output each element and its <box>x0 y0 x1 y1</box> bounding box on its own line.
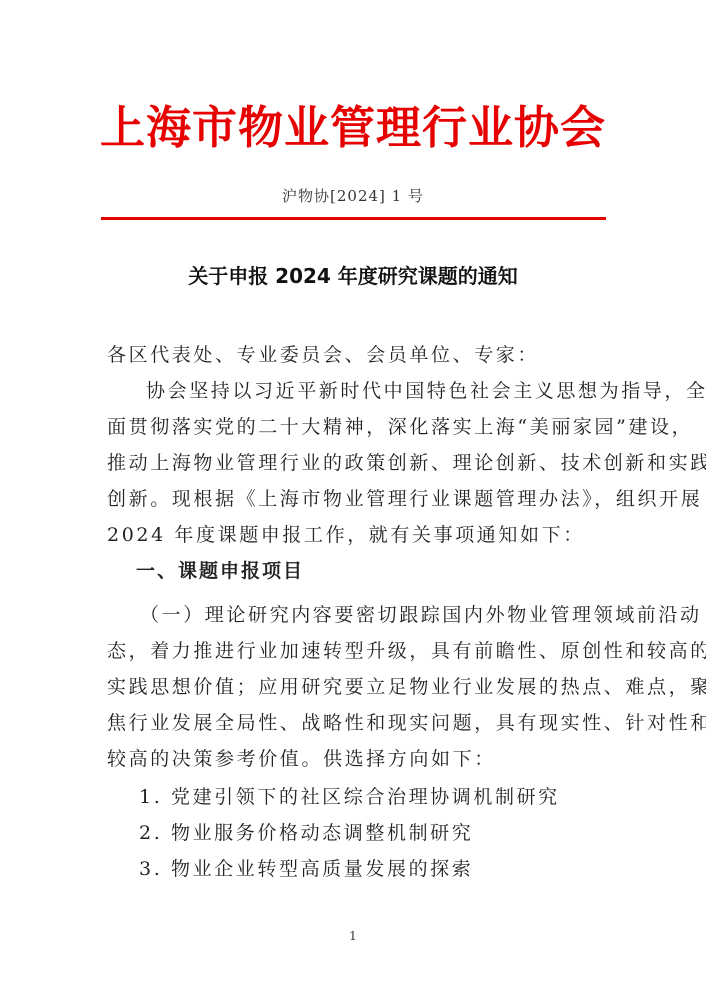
page-number: 1 <box>0 928 706 944</box>
organization-title: 上海市物业管理行业协会 <box>0 98 706 158</box>
red-divider <box>101 217 606 220</box>
section-heading: 一、课题申报项目 <box>136 559 304 583</box>
paragraph-line: 创新。现根据《上海市物业管理行业课题管理办法》，组织开展 <box>107 487 702 511</box>
list-item: 3. 物业企业转型高质量发展的探索 <box>139 857 473 881</box>
paragraph-line: 2024 年度课题申报工作，就有关事项通知如下： <box>107 523 585 547</box>
salutation: 各区代表处、专业委员会、会员单位、专家： <box>107 343 539 367</box>
list-item: 1. 党建引领下的社区综合治理协调机制研究 <box>139 785 560 809</box>
paragraph-line: 实践思想价值；应用研究要立足物业行业发展的热点、难点，聚 <box>107 675 706 699</box>
paragraph-line: 推动上海物业管理行业的政策创新、理论创新、技术创新和实践 <box>107 451 706 475</box>
paragraph-line: （一）理论研究内容要密切跟踪国内外物业管理领域前沿动 <box>140 603 702 627</box>
paragraph-line: 焦行业发展全局性、战略性和现实问题，具有现实性、针对性和 <box>107 711 706 735</box>
document-number: 沪物协[2024] 1 号 <box>0 186 706 206</box>
notice-title: 关于申报 2024 年度研究课题的通知 <box>0 262 706 290</box>
list-item: 2. 物业服务价格动态调整机制研究 <box>139 821 473 845</box>
paragraph-line: 较高的决策参考价值。供选择方向如下： <box>107 747 496 771</box>
paragraph-line: 面贯彻落实党的二十大精神，深化落实上海“美丽家园”建设， <box>107 415 693 439</box>
paragraph-line: 协会坚持以习近平新时代中国特色社会主义思想为指导，全 <box>146 379 706 403</box>
paragraph-line: 态，着力推进行业加速转型升级，具有前瞻性、原创性和较高的 <box>107 639 706 663</box>
